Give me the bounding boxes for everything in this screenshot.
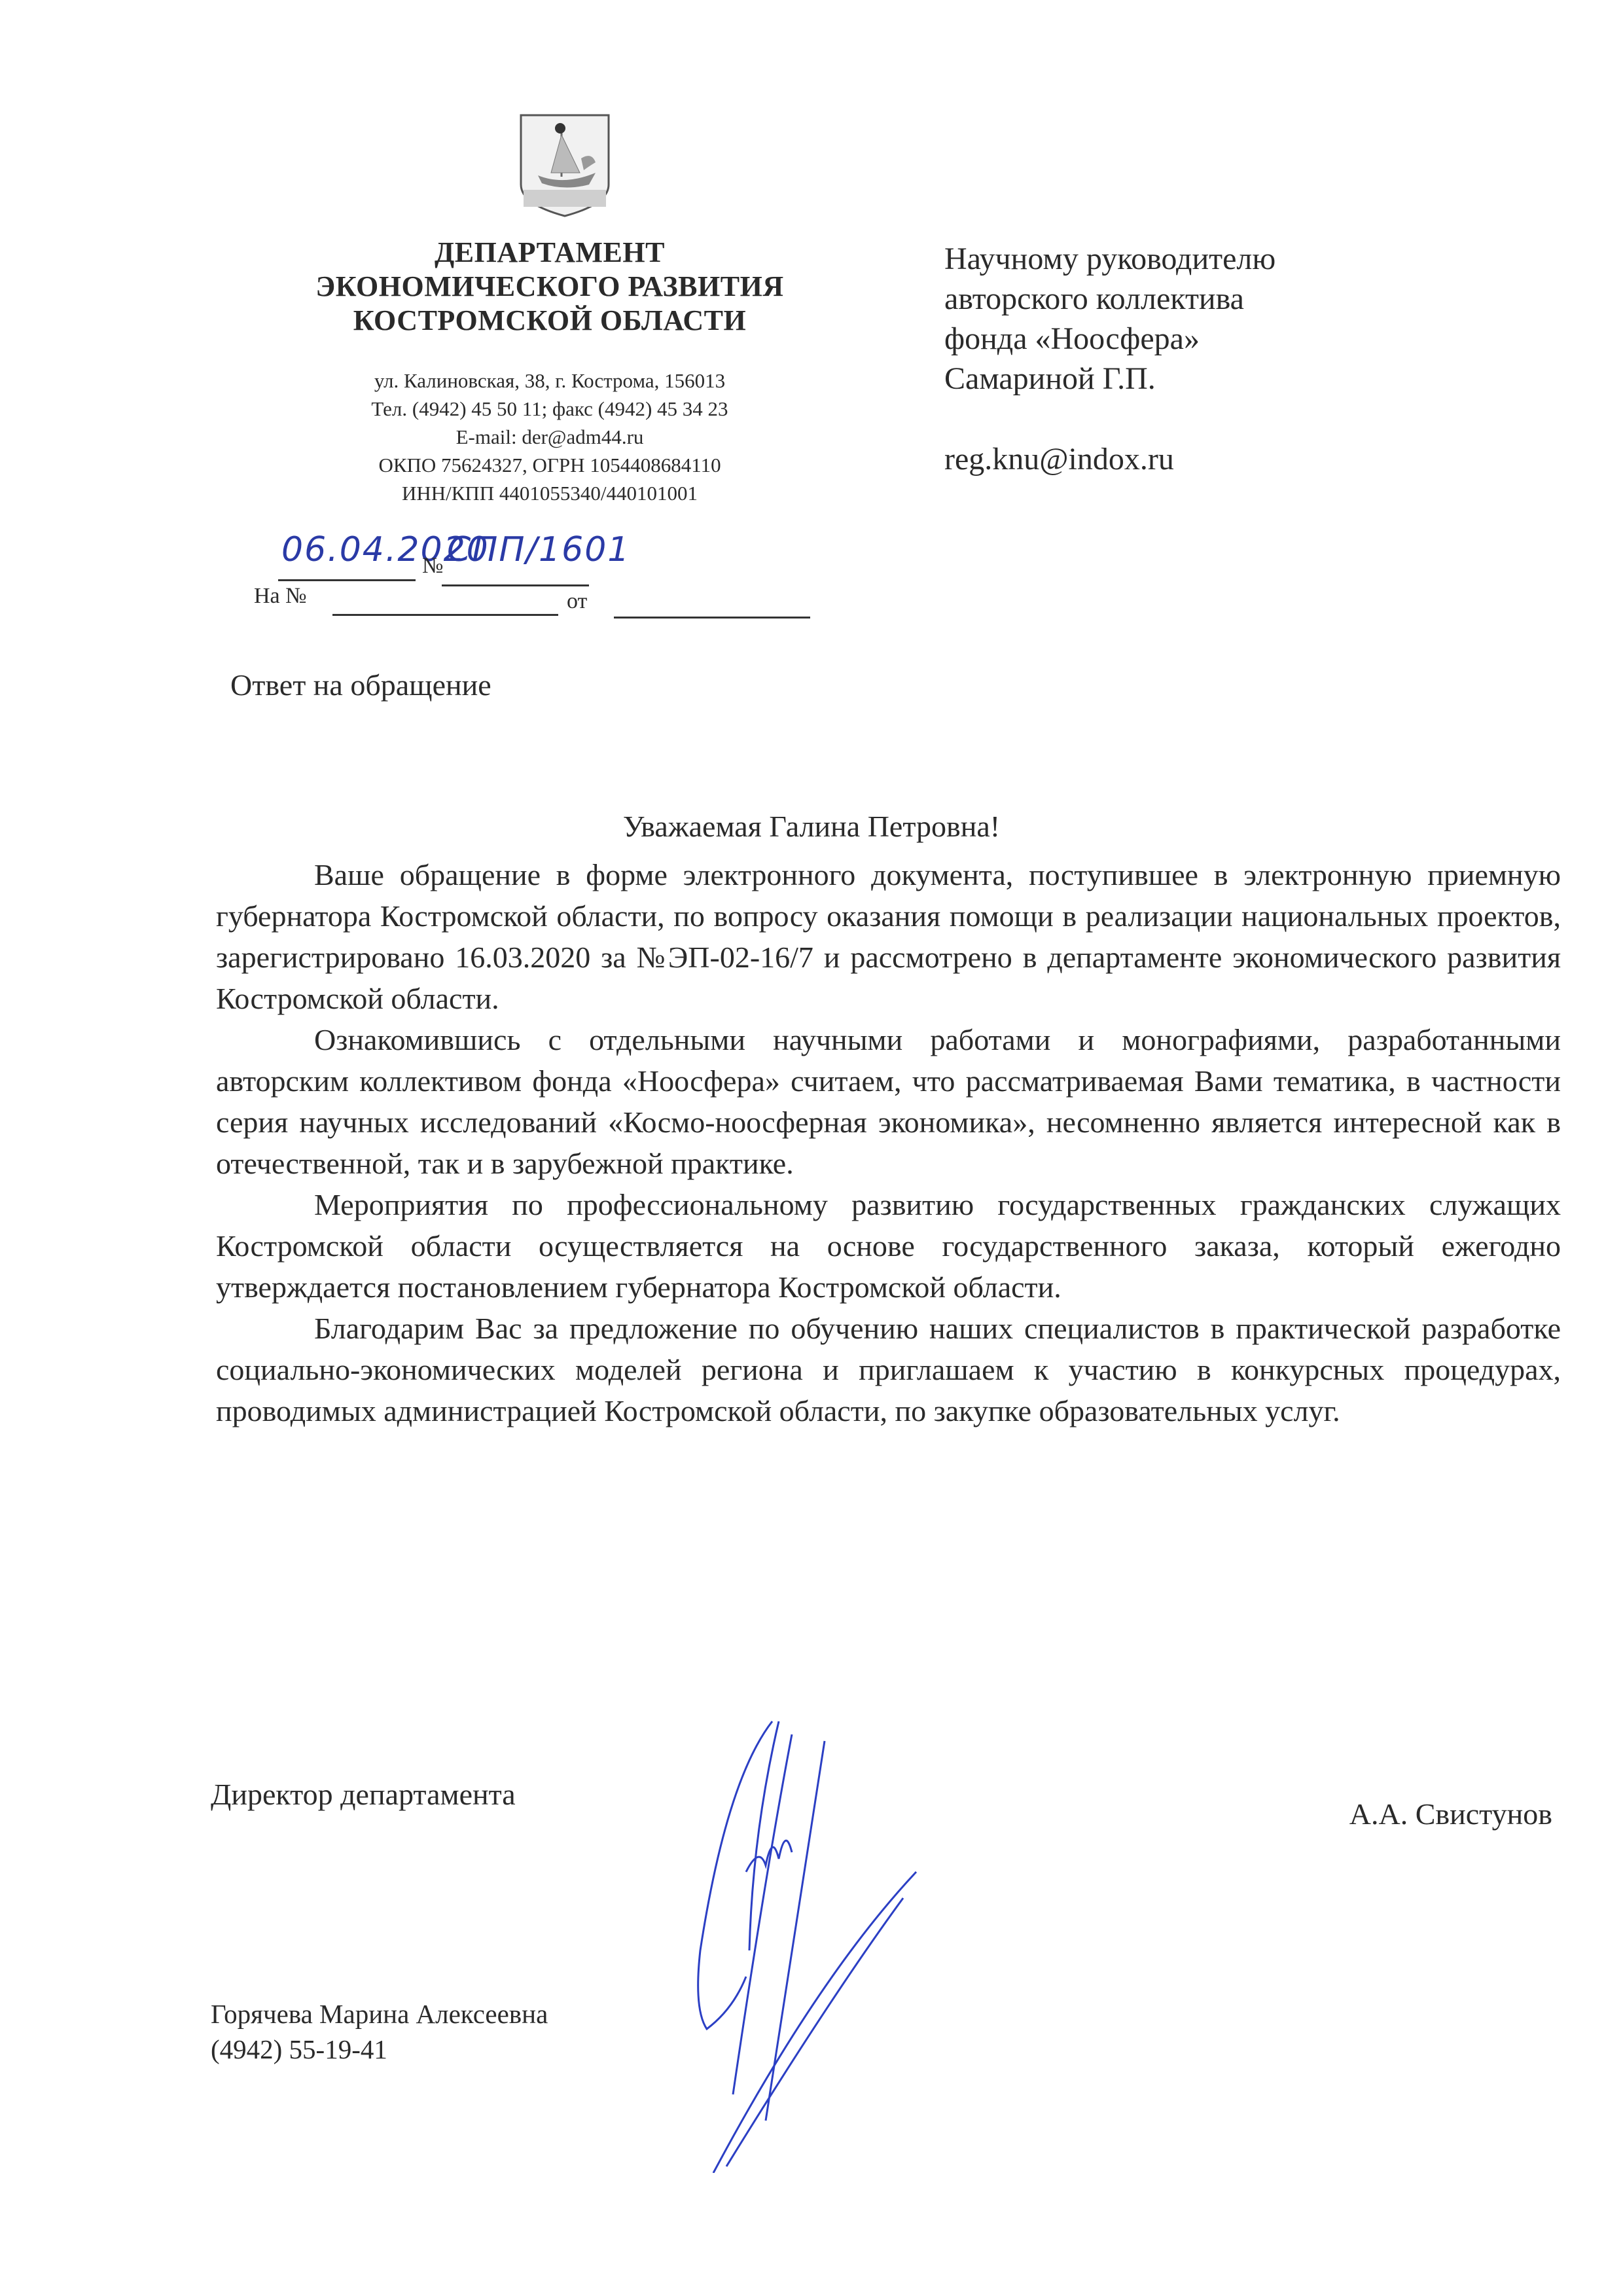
org-phone-fax: Тел. (4942) 45 50 11; факс (4942) 45 34 … (281, 395, 818, 423)
org-okpo-ogrn: ОКПО 75624327, ОГРН 1054408684110 (281, 451, 818, 479)
number-label: № (422, 554, 443, 579)
org-name-line: КОСТРОМСКОЙ ОБЛАСТИ (281, 304, 818, 338)
signatory-name: А.А. Свистунов (1349, 1797, 1552, 1831)
from-date-line (614, 617, 810, 619)
body-paragraph: Мероприятия по профессиональному развити… (216, 1184, 1561, 1308)
body-paragraph: Ознакомившись с отдельными научными рабо… (216, 1019, 1561, 1184)
executor-block: Горячева Марина Алексеевна (4942) 55-19-… (211, 1996, 548, 2067)
executor-phone: (4942) 55-19-41 (211, 2032, 548, 2067)
reply-to-label: На № (254, 584, 307, 609)
org-inn-kpp: ИНН/КПП 4401055340/440101001 (281, 479, 818, 507)
registration-fields: 06.04.2020 № СПП/1601 (255, 524, 844, 589)
addressee-block: Научному руководителю авторского коллект… (944, 239, 1275, 479)
addressee-email: reg.knu@indox.ru (944, 439, 1275, 479)
org-name-line: ДЕПАРТАМЕНТ (281, 236, 818, 270)
signatory-position: Директор департамента (211, 1777, 516, 1812)
org-address: ул. Калиновская, 38, г. Кострома, 156013 (281, 367, 818, 395)
reply-to-number-line (332, 614, 558, 616)
salutation: Уважаемая Галина Петровна! (0, 809, 1623, 844)
addressee-line: Самариной Г.П. (944, 359, 1275, 399)
reply-reference-row: На № от (254, 581, 843, 620)
org-contact-details: ул. Калиновская, 38, г. Кострома, 156013… (281, 367, 818, 507)
addressee-line: Научному руководителю (944, 239, 1275, 279)
letter-subject: Ответ на обращение (230, 668, 491, 702)
body-paragraph: Ваше обращение в форме электронного доку… (216, 854, 1561, 1019)
body-paragraph: Благодарим Вас за предложение по обучени… (216, 1308, 1561, 1431)
org-name-line: ЭКОНОМИЧЕСКОГО РАЗВИТИЯ (281, 270, 818, 304)
addressee-line: авторского коллектива (944, 279, 1275, 319)
executor-name: Горячева Марина Алексеевна (211, 1996, 548, 2032)
outgoing-number: СПП/1601 (447, 530, 630, 569)
from-label: от (567, 589, 587, 614)
handwritten-signature-icon (687, 1702, 1054, 2173)
org-email: E-mail: der@adm44.ru (281, 423, 818, 451)
coat-of-arms-icon (518, 113, 611, 219)
organization-letterhead: ДЕПАРТАМЕНТ ЭКОНОМИЧЕСКОГО РАЗВИТИЯ КОСТ… (281, 236, 818, 507)
letter-body: Ваше обращение в форме электронного доку… (216, 854, 1561, 1431)
addressee-line: фонда «Ноосфера» (944, 319, 1275, 359)
